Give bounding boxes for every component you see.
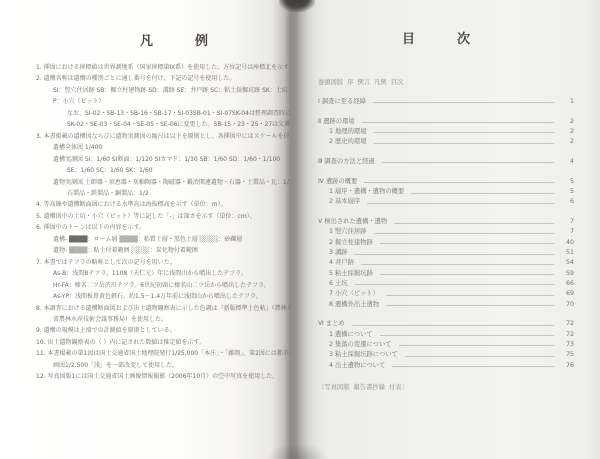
toc-entry-label: 4 井戸跡 bbox=[318, 259, 354, 267]
legend-line: 遺構実測図 SI：1/60 SI断面：1/120 SIカマド：1/30 SB：1… bbox=[36, 154, 290, 165]
toc-entry-page-number: 2 bbox=[559, 138, 574, 146]
toc-entry-label: 3 粘土採掘坑跡について bbox=[318, 351, 398, 359]
toc-entry-page-number: 75 bbox=[559, 351, 574, 359]
toc-leader-line bbox=[380, 242, 554, 244]
toc-leader-line bbox=[374, 142, 555, 144]
toc-leader-line bbox=[361, 263, 554, 265]
toc-leader-line bbox=[352, 324, 554, 326]
toc-leader-line bbox=[386, 294, 554, 296]
toc-entry-label: 2 集落の変遷について bbox=[318, 341, 392, 349]
legend-line: 遺物実測図 土師器・須恵器・灰釉陶器・陶磁器・鍛冶関連遺物・石器・土製品・瓦：1… bbox=[36, 177, 290, 188]
toc-leader-line bbox=[362, 121, 554, 123]
toc-entry: 1 遺構について72 bbox=[318, 328, 574, 338]
toc-leader-line bbox=[364, 181, 554, 183]
legend-line: 10. 出土遺物観察表の（ ）内に記された数値は推定値を示す。 bbox=[36, 337, 290, 348]
toc-entry: Ⅱ 遺跡の環境2 bbox=[318, 115, 574, 125]
toc-entry-page-number: 7 bbox=[559, 218, 574, 226]
toc-leader-line bbox=[394, 222, 554, 224]
toc-entry: 6 土坑66 bbox=[318, 278, 574, 288]
toc-entry-list: Ⅰ 調査に至る経緯1Ⅱ 遺跡の環境21 地理的環境22 歴史的環境2Ⅲ 調査の方… bbox=[318, 96, 574, 370]
legend-line: 4. 等高線や遺構断面図における水準高は海抜標高を示す（単位：m）。 bbox=[36, 199, 290, 210]
toc-entry-label: 3 溝跡 bbox=[318, 249, 348, 257]
legend-line: 遺物- ▒▒▒▒：粘土付着範囲 ░░░░：炭化物付着範囲 bbox=[36, 245, 290, 256]
toc-entry-page-number: 66 bbox=[559, 280, 574, 288]
toc-entry-label: 8 遺構外出土遺物 bbox=[318, 301, 379, 309]
legend-line: 12. 写真図版1には国土交通省国土画像情報撮影（2006年10月）の空中写真を… bbox=[36, 371, 290, 382]
toc-leader-line bbox=[374, 232, 555, 234]
toc-entry-page-number: 1 bbox=[559, 98, 574, 106]
toc-leader-line bbox=[367, 202, 554, 204]
legend-line: SI：竪穴住居跡 SB：掘立柱建物跡 SD：溝跡 SE：井戸跡 SC：粘土採掘坑… bbox=[36, 85, 290, 96]
toc-entry-page-number: 40 bbox=[559, 239, 574, 247]
legend-line: 1. 挿図における座標値は世界測地系（国家座標第Ⅸ系）を使用した。方位記号は座標… bbox=[36, 62, 290, 73]
toc-entry-page-number: 54 bbox=[559, 259, 574, 267]
toc-leader-line bbox=[355, 283, 554, 285]
legend-line: 8. 本調査における遺構断面図および出土遺物観察表に示した色調は『新版標準土色帖… bbox=[36, 303, 290, 314]
toc-leader-line bbox=[355, 253, 554, 255]
toc-leader-line bbox=[373, 101, 554, 103]
toc-entry-label: 1 竪穴住居跡 bbox=[318, 228, 367, 236]
toc-entry-page-number: 6 bbox=[559, 198, 574, 206]
toc-entry-label: 6 土坑 bbox=[318, 280, 348, 288]
toc-entry-page-number: 5 bbox=[559, 178, 574, 186]
toc-entry: 5 粘土採掘坑跡59 bbox=[318, 267, 574, 277]
legend-line: SK-02・SE-03・SE-04・SE-05・SE-06に変更した。SB-15… bbox=[36, 119, 290, 130]
legend-line: SE：1/60 SC：1/60 SK：1/60 bbox=[36, 165, 290, 176]
book-bottom-edge-shadow bbox=[268, 444, 328, 459]
toc-entry: 4 出土遺物について76 bbox=[318, 359, 574, 369]
toc-entry-page-number: 73 bbox=[559, 341, 574, 349]
toc-entry: Ⅳ 遺跡の概要5 bbox=[318, 175, 574, 185]
toc-entry-label: 2 歴史的環境 bbox=[318, 138, 367, 146]
legend-line: 11. 本書掲載の第1図は国土交通省国土地理院発行1/25,000「本庄」・「藤… bbox=[36, 348, 290, 359]
legend-line: 遺構- ████：ローム層 ▒▒▒▒：粘質土層・黒色土層 ░░░░：砂礫層 bbox=[36, 234, 290, 245]
toc-entry: 1 層序・遺構・遺物の概要5 bbox=[318, 186, 574, 196]
toc-entry: 4 井戸跡54 bbox=[318, 257, 574, 267]
toc-entry-page-number: 2 bbox=[559, 118, 574, 126]
toc-entry-label: Ⅳ 遺跡の概要 bbox=[318, 178, 357, 186]
legend-line: As-YP：浅間板鼻黄色軽石。約1.5〜1.4万年前に浅間山から噴出したテフラ。 bbox=[36, 291, 290, 302]
legend-body: 1. 挿図における座標値は世界測地系（国家座標第Ⅸ系）を使用した。方位記号は座標… bbox=[36, 62, 290, 383]
toc-leader-line bbox=[411, 192, 554, 194]
toc-leader-line bbox=[386, 304, 554, 306]
legend-line: 9. 遺構の規模は上端での計測値を原則としている。 bbox=[36, 325, 290, 336]
toc-entry: 7 小穴（ピット）69 bbox=[318, 288, 574, 298]
toc-entry-page-number: 70 bbox=[559, 301, 574, 309]
toc-entry: 3 溝跡51 bbox=[318, 247, 574, 257]
toc-leader-line bbox=[374, 131, 555, 133]
toc-entry-label: 1 遺構について bbox=[318, 331, 373, 339]
legend-line: なお、SI-02・SB-13・SB-16・SB-17・SI-03SB-01・SI… bbox=[36, 108, 290, 119]
toc-leader-line bbox=[399, 344, 554, 346]
toc-leader-line bbox=[380, 273, 554, 275]
toc-entry-label: 7 小穴（ピット） bbox=[318, 290, 379, 298]
legend-line: Hr-FA：榛名二ツ岳渋川テフラ。6世紀初頭に榛名山二ツ岳から噴出したテフラ。 bbox=[36, 280, 290, 291]
toc-entry: 8 遺構外出土遺物70 bbox=[318, 298, 574, 308]
toc-entry-label: 1 層序・遺構・遺物の概要 bbox=[318, 188, 404, 196]
toc-leader-line bbox=[382, 161, 554, 163]
open-book-photo: 凡 例 1. 挿図における座標値は世界測地系（国家座標第Ⅸ系）を使用した。方位記… bbox=[0, 0, 600, 459]
toc-entry: 2 歴史的環境2 bbox=[318, 136, 574, 146]
legend-line: 画図1/2,500「浅」を一部改変して使用した。 bbox=[36, 360, 290, 371]
toc-entry: Ⅴ 検出された遺構・遺物7 bbox=[318, 216, 574, 226]
toc-leader-line bbox=[392, 365, 554, 367]
toc-entry-label: Ⅰ 調査に至る経緯 bbox=[318, 98, 366, 106]
toc-leader-line bbox=[405, 355, 554, 357]
toc-entry-label: Ⅵ まとめ bbox=[318, 320, 345, 328]
legend-line: 7. 本書ではテフラの略称として次の記号を用いた。 bbox=[36, 257, 290, 268]
toc-entry: 2 掘立柱建物跡40 bbox=[318, 236, 574, 246]
legend-line: 省農林水産技術会議事務局）を使用した。 bbox=[36, 314, 290, 325]
legend-page-content: 凡 例 1. 挿図における座標値は世界測地系（国家座標第Ⅸ系）を使用した。方位記… bbox=[36, 30, 290, 383]
toc-page-title: 目 次 bbox=[402, 28, 574, 47]
toc-entry: Ⅵ まとめ72 bbox=[318, 318, 574, 328]
toc-entry-label: 5 粘土採掘坑跡 bbox=[318, 270, 373, 278]
toc-entry: 2 集落の変遷について73 bbox=[318, 339, 574, 349]
toc-entry-page-number: 51 bbox=[559, 249, 574, 257]
toc-entry-page-number: 72 bbox=[559, 331, 574, 339]
legend-line: 石製品・鉄製品・銅製品：1/2 bbox=[36, 188, 290, 199]
toc-entry-page-number: 69 bbox=[559, 290, 574, 298]
toc-entry-page-number: 5 bbox=[559, 188, 574, 196]
toc-entry-page-number: 4 bbox=[559, 158, 574, 166]
toc-entry-page-number: 7 bbox=[559, 228, 574, 236]
toc-back-matter: 〔写真図版 報告書抄録 付表〕 bbox=[318, 382, 574, 391]
toc-entry: Ⅲ 調査の方法と経過4 bbox=[318, 156, 574, 166]
toc-entry-label: 4 出土遺物について bbox=[318, 362, 385, 370]
legend-line: 6. 挿図中のトーンは以下の内容を示す。 bbox=[36, 222, 290, 233]
legend-line: 遺構全体図 1/400 bbox=[36, 142, 290, 153]
toc-entry-label: Ⅲ 調査の方法と経過 bbox=[318, 158, 375, 166]
toc-entry-label: 2 基本層序 bbox=[318, 198, 360, 206]
legend-line: 2. 遺構名称は遺構の種別ごとに通し番号を付け、下記の記号を使用した。 bbox=[36, 73, 290, 84]
toc-entry-page-number: 59 bbox=[559, 270, 574, 278]
toc-entry-label: Ⅱ 遺跡の環境 bbox=[318, 118, 355, 126]
toc-leader-line bbox=[380, 334, 554, 336]
toc-entry: 1 竪穴住居跡7 bbox=[318, 226, 574, 236]
toc-entry-page-number: 72 bbox=[559, 320, 574, 328]
book-top-edge-shadow bbox=[279, 0, 315, 12]
toc-page-content: 目 次 巻頭図版 序 例言 凡例 目次 Ⅰ 調査に至る経緯1Ⅱ 遺跡の環境21 … bbox=[318, 28, 574, 391]
toc-entry: 3 粘土採掘坑跡について75 bbox=[318, 349, 574, 359]
toc-entry-page-number: 2 bbox=[559, 128, 574, 136]
toc-front-matter: 巻頭図版 序 例言 凡例 目次 bbox=[318, 77, 574, 86]
legend-line: P：小穴（ピット） bbox=[36, 96, 290, 107]
toc-entry: Ⅰ 調査に至る経緯1 bbox=[318, 96, 574, 106]
toc-entry-label: 1 地理的環境 bbox=[318, 128, 367, 136]
toc-entry: 2 基本層序6 bbox=[318, 196, 574, 206]
legend-line: As-B：浅間Bテフラ。1108（天仁元）年に浅間山から噴出したテフラ。 bbox=[36, 268, 290, 279]
toc-entry-label: Ⅴ 検出された遺構・遺物 bbox=[318, 218, 387, 226]
toc-entry-label: 2 掘立柱建物跡 bbox=[318, 239, 373, 247]
legend-line: 3. 本書掲載の遺構図ならびに遺物実測図の縮尺は以下を原則とし、各挿図中にはスケ… bbox=[36, 131, 290, 142]
toc-entry: 1 地理的環境2 bbox=[318, 126, 574, 136]
legend-page-title: 凡 例 bbox=[140, 30, 290, 49]
toc-entry-page-number: 76 bbox=[559, 362, 574, 370]
legend-line: 5. 遺構図中の土坑・小穴（ピット）等に記した「-」は深さを示す（単位：cm）。 bbox=[36, 211, 290, 222]
